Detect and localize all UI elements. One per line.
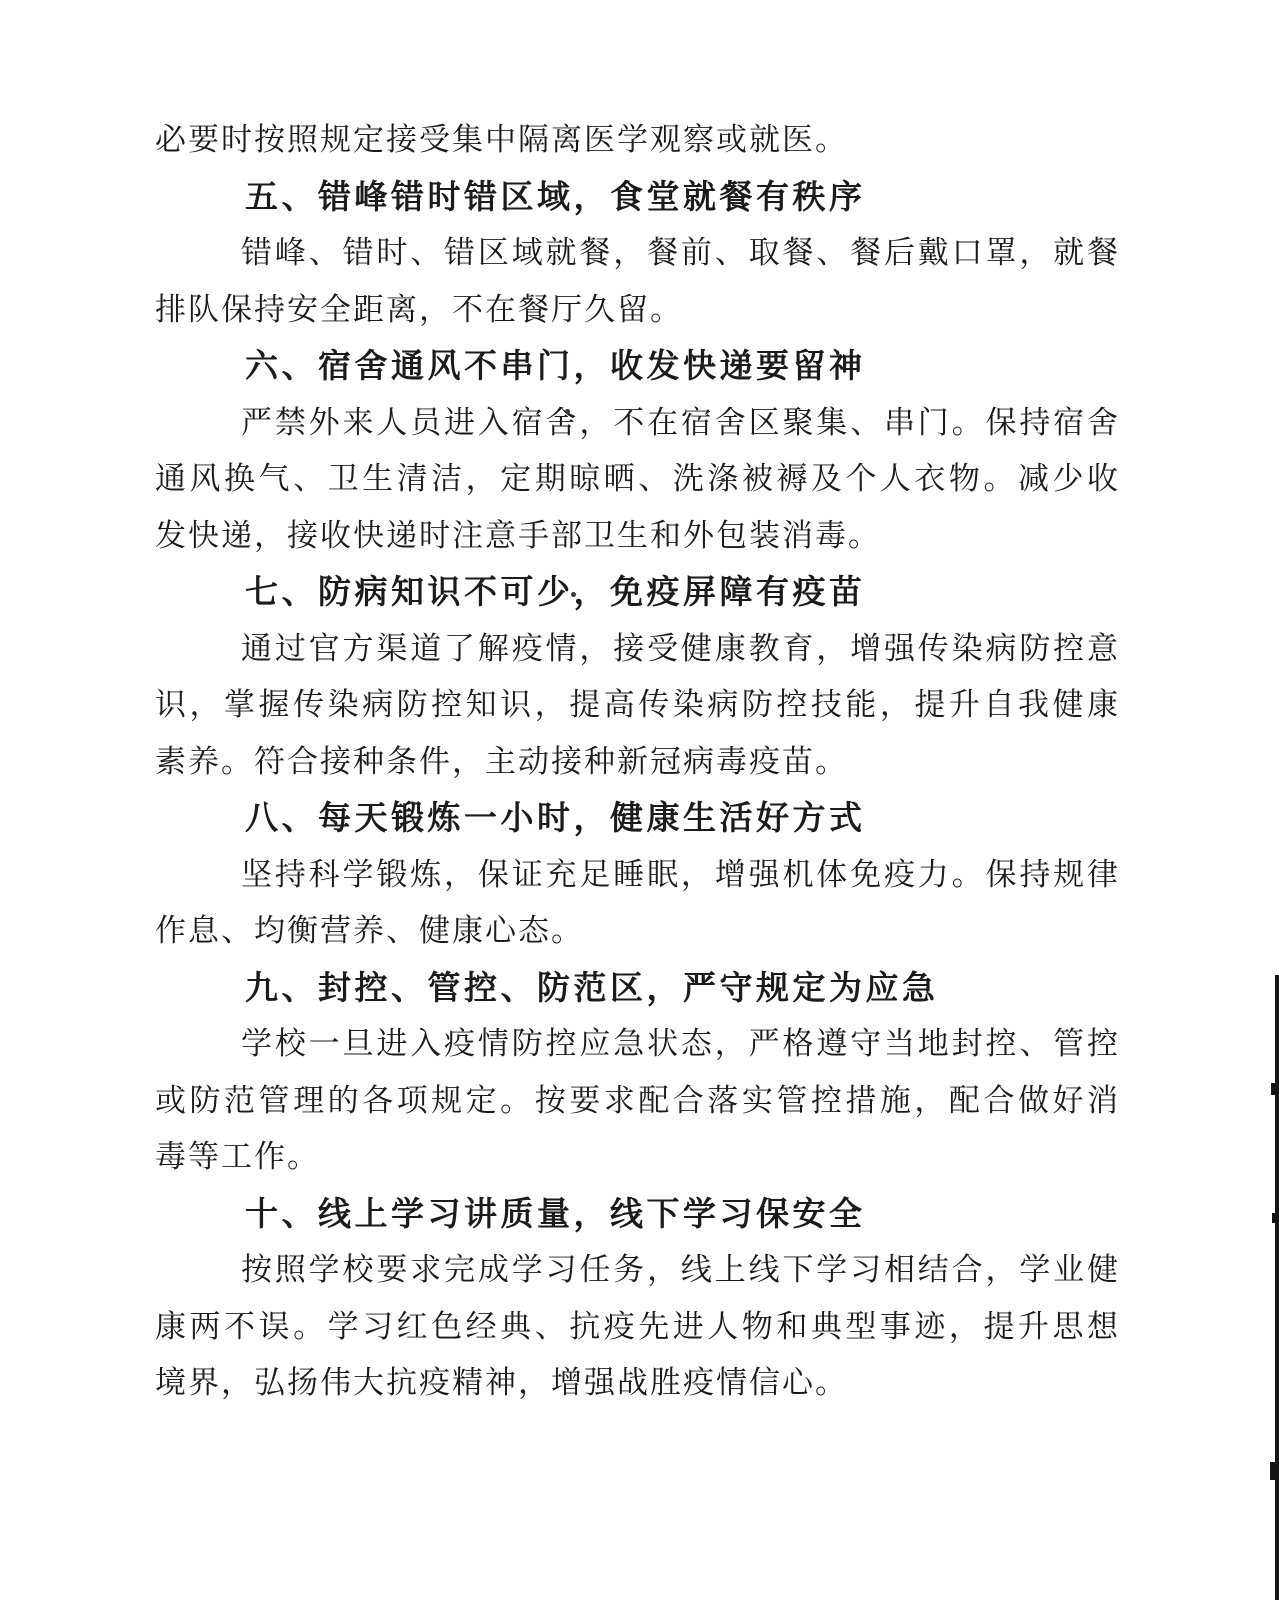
- body-line: 按照学校要求完成学习任务，线上线下学习相结合，学业健: [155, 1242, 1120, 1299]
- section-heading-9: 九、封控、管控、防范区，严守规定为应急: [155, 960, 1120, 1017]
- body-line: 境界，弘扬伟大抗疫精神，增强战胜疫情信心。: [155, 1355, 1120, 1412]
- body-line: 错峰、错时、错区域就餐，餐前、取餐、餐后戴口罩，就餐: [155, 225, 1120, 282]
- body-line: 排队保持安全距离，不在餐厅久留。: [155, 282, 1120, 339]
- body-line: 毒等工作。: [155, 1129, 1120, 1186]
- section-heading-10: 十、线上学习讲质量，线下学习保安全: [155, 1186, 1120, 1243]
- scan-edge-artifact: [1275, 975, 1279, 1600]
- body-line: 坚持科学锻炼，保证充足睡眠，增强机体免疫力。保持规律: [155, 847, 1120, 904]
- scan-edge-notch: [1272, 1213, 1276, 1223]
- body-line: 学校一旦进入疫情防控应急状态，严格遵守当地封控、管控: [155, 1016, 1120, 1073]
- section-heading-6: 六、宿舍通风不串门，收发快递要留神: [155, 338, 1120, 395]
- scan-edge-notch: [1271, 1083, 1276, 1095]
- body-line: 通风换气、卫生清洁，定期晾晒、洗涤被褥及个人衣物。减少收: [155, 451, 1120, 508]
- toner-speck: [571, 592, 576, 597]
- section-heading-8: 八、每天锻炼一小时，健康生活好方式: [155, 790, 1120, 847]
- body-line: 作息、均衡营养、健康心态。: [155, 903, 1120, 960]
- body-line: 发快递，接收快递时注意手部卫生和外包装消毒。: [155, 508, 1120, 565]
- scan-edge-notch: [1270, 1462, 1275, 1480]
- body-line: 或防范管理的各项规定。按要求配合落实管控措施，配合做好消: [155, 1073, 1120, 1130]
- section-heading-7: 七、防病知识不可少，免疫屏障有疫苗: [155, 564, 1120, 621]
- toner-speck: [721, 478, 725, 482]
- text-column: 必要时按照规定接受集中隔离医学观察或就医。 五、错峰错时错区域，食堂就餐有秩序 …: [155, 112, 1120, 1412]
- toner-speck: [565, 409, 570, 414]
- body-line: 通过官方渠道了解疫情，接受健康教育，增强传染病防控意: [155, 621, 1120, 678]
- body-line: 识，掌握传染病防控知识，提高传染病防控技能，提升自我健康: [155, 677, 1120, 734]
- body-line: 康两不误。学习红色经典、抗疫先进人物和典型事迹，提升思想: [155, 1299, 1120, 1356]
- section-heading-5: 五、错峰错时错区域，食堂就餐有秩序: [155, 169, 1120, 226]
- body-line: 素养。符合接种条件，主动接种新冠病毒疫苗。: [155, 734, 1120, 791]
- body-line: 必要时按照规定接受集中隔离医学观察或就医。: [155, 112, 1120, 169]
- document-page: 必要时按照规定接受集中隔离医学观察或就医。 五、错峰错时错区域，食堂就餐有秩序 …: [0, 0, 1279, 1600]
- body-line: 严禁外来人员进入宿舍，不在宿舍区聚集、串门。保持宿舍: [155, 395, 1120, 452]
